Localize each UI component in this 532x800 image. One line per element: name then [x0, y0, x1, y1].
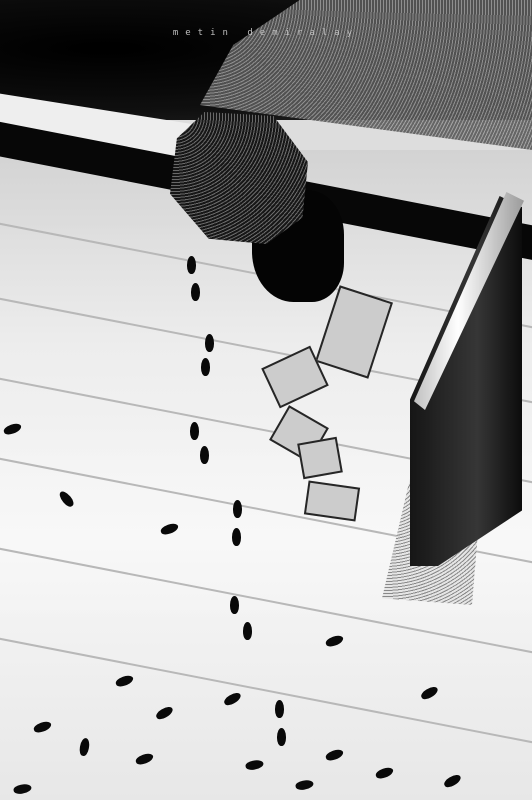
broken-tile: [297, 437, 343, 479]
photograph: metin demiralay: [0, 0, 532, 800]
watermark-part: dem: [247, 28, 284, 38]
watermark-part: iralay: [285, 28, 360, 38]
broken-tile: [304, 481, 360, 522]
photographer-watermark: metin demiralay: [0, 28, 532, 38]
watermark-part: etin: [185, 28, 247, 38]
watermark-part: m: [173, 28, 185, 38]
